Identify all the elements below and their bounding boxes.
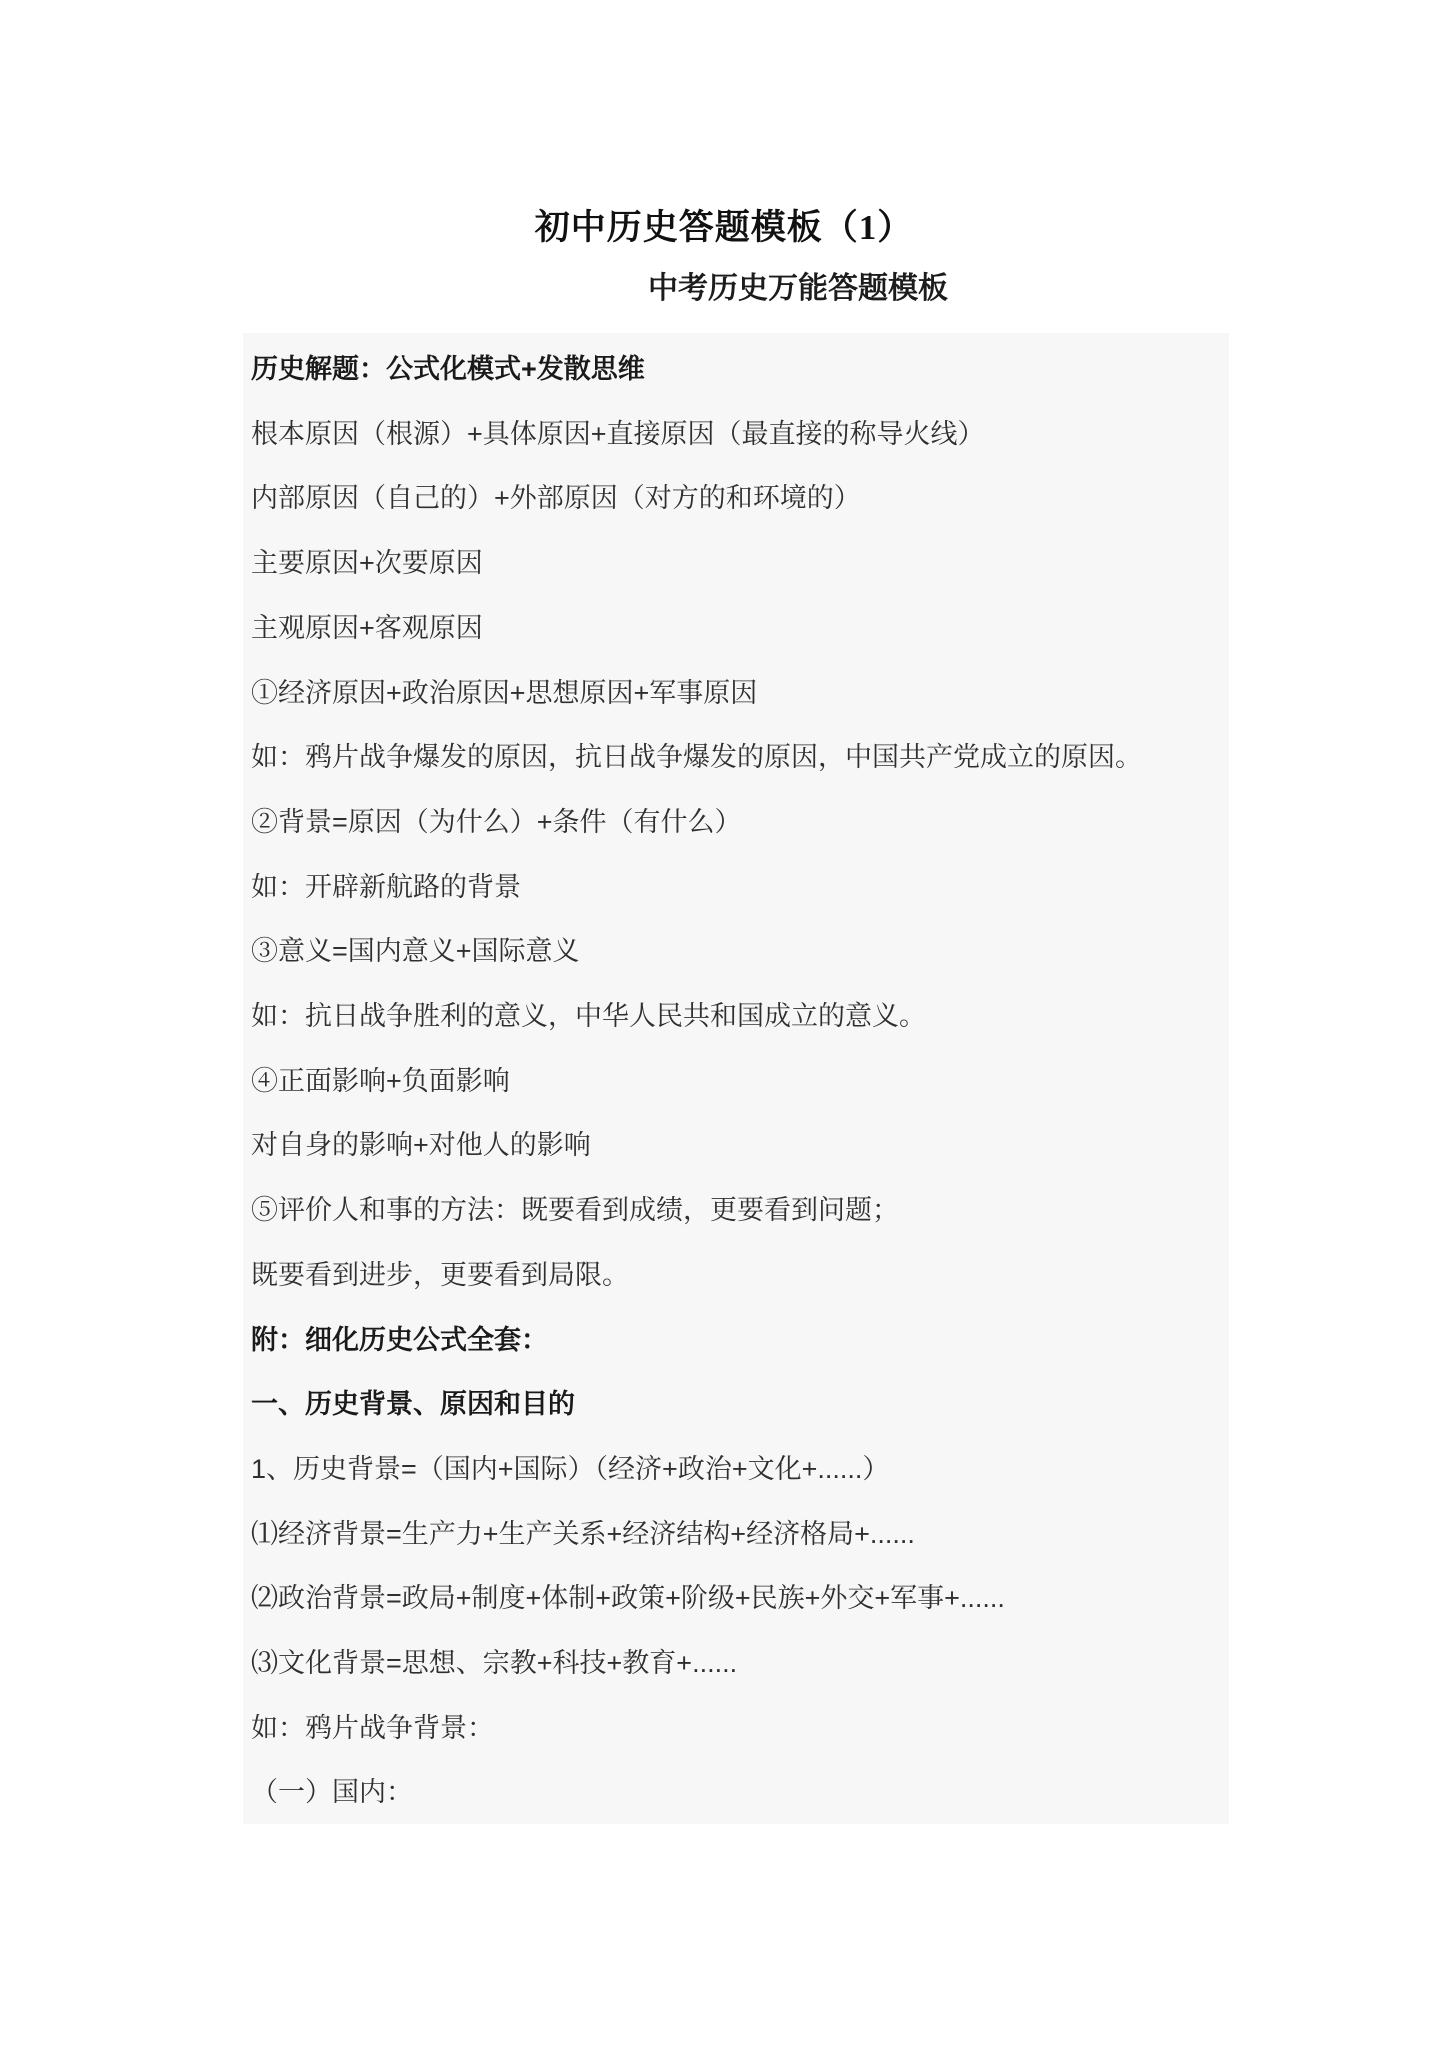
content-panel: 历史解题：公式化模式+发散思维 根本原因（根源）+具体原因+直接原因（最直接的称… — [243, 333, 1229, 1824]
content-line: ①经济原因+政治原因+思想原因+军事原因 — [251, 661, 1229, 726]
content-line: 对自身的影响+对他人的影响 — [251, 1113, 1229, 1178]
content-line: ②背景=原因（为什么）+条件（有什么） — [251, 790, 1229, 855]
content-line: 主观原因+客观原因 — [251, 596, 1229, 661]
content-line: 1、历史背景=（国内+国际）（经济+政治+文化+......） — [251, 1437, 1229, 1502]
content-line: ⑤评价人和事的方法：既要看到成绩，更要看到问题； — [251, 1178, 1229, 1243]
content-line: 如：鸦片战争爆发的原因，抗日战争爆发的原因，中国共产党成立的原因。 — [251, 725, 1229, 790]
content-line: 如：开辟新航路的背景 — [251, 855, 1229, 920]
content-line: ⑵政治背景=政局+制度+体制+政策+阶级+民族+外交+军事+...... — [251, 1566, 1229, 1631]
content-line: 如：抗日战争胜利的意义，中华人民共和国成立的意义。 — [251, 984, 1229, 1049]
content-line-section-heading: 一、历史背景、原因和目的 — [251, 1372, 1229, 1437]
content-line: 根本原因（根源）+具体原因+直接原因（最直接的称导火线） — [251, 402, 1229, 467]
content-line: （一）国内： — [251, 1760, 1229, 1824]
content-line: ⑶文化背景=思想、宗教+科技+教育+...... — [251, 1631, 1229, 1696]
content-line: ⑴经济背景=生产力+生产关系+经济结构+经济格局+...... — [251, 1502, 1229, 1567]
content-line-appendix-heading: 附：细化历史公式全套： — [251, 1308, 1229, 1373]
page-subtitle: 中考历史万能答题模板 — [648, 263, 948, 307]
content-line: 主要原因+次要原因 — [251, 531, 1229, 596]
content-line: 既要看到进步，更要看到局限。 — [251, 1243, 1229, 1308]
content-line-heading: 历史解题：公式化模式+发散思维 — [251, 337, 1229, 402]
content-line: ④正面影响+负面影响 — [251, 1049, 1229, 1114]
content-line: ③意义=国内意义+国际意义 — [251, 919, 1229, 984]
document-page: { "page": { "title": "初中历史答题模板（1）", "sub… — [0, 0, 1448, 2048]
content-line: 如：鸦片战争背景： — [251, 1696, 1229, 1761]
content-line: 内部原因（自己的）+外部原因（对方的和环境的） — [251, 466, 1229, 531]
page-title: 初中历史答题模板（1） — [0, 200, 1448, 250]
